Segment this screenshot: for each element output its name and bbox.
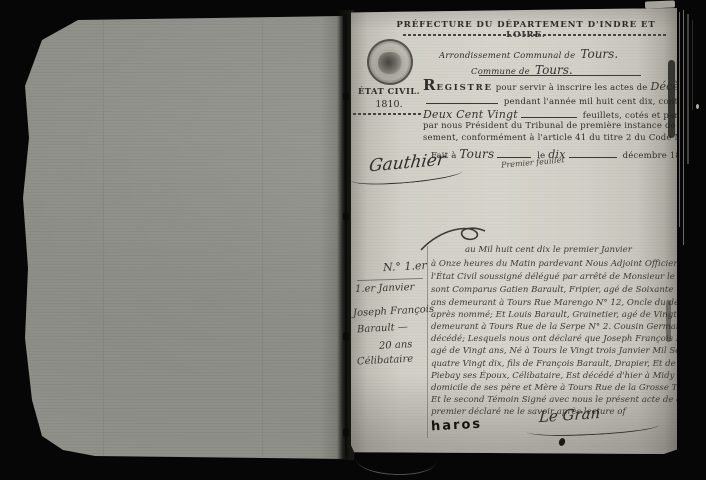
act-body-line: quatre Vingt dix, fils de François Barau…	[431, 359, 706, 369]
page-fold-line	[103, 20, 104, 457]
registre-initial: R	[423, 76, 436, 94]
act-body-line: l'État Civil soussigné délégué par arrêt…	[431, 272, 703, 282]
underlying-page-edge	[645, 0, 675, 8]
act-number: N.° 1.er	[383, 259, 427, 274]
registre-line-1: REGISTRE pour servir à inscrire les acte…	[423, 76, 706, 94]
deceased-status-margin: Célibataire	[357, 354, 414, 368]
page-stack-edge	[687, 14, 689, 164]
act-body-line: Piebay ses Époux, Célibataire, Est décéd…	[431, 371, 699, 381]
fait-place-handwritten: Tours	[459, 147, 494, 161]
edge-highlight-speck	[696, 104, 699, 109]
page-stack-edge	[692, 20, 693, 110]
stitch-knot	[343, 92, 349, 101]
deceased-age-margin: 20 ans	[379, 339, 413, 352]
act-body-line: à Onze heures du Matin pardevant Nous Ad…	[431, 259, 691, 269]
dotted-rule	[353, 113, 421, 115]
official-seal-icon	[367, 39, 413, 85]
edge-smudge	[666, 300, 671, 342]
registre-line-2: pendant l'année mil huit cent dix, conte…	[423, 96, 704, 107]
act-body-line: domicile de ses père et Mère à Tours Rue…	[431, 383, 706, 393]
ruled-dash	[521, 110, 577, 118]
registre-intro: pour servir à inscrire les actes de	[496, 83, 648, 93]
page-fold-line	[262, 20, 263, 457]
act-date-margin: 1.er Janvier	[355, 282, 415, 295]
binding-thread	[345, 14, 347, 456]
act-body-line: Et le second Témoin Signé avec nous le p…	[431, 395, 706, 405]
feuillets-count-handwritten: Deux Cent Vingt	[423, 108, 518, 121]
registre-line-4: par nous Président du Tribunal de premiè…	[423, 121, 706, 131]
act-body-line: ans demeurant à Tours Rue Marengo N° 12,…	[431, 298, 706, 308]
ruled-dash	[688, 82, 706, 90]
arrondissement-value-handwritten: Tours.	[580, 47, 618, 61]
registre-line-5: sement, conformément à l'article 41 du t…	[423, 133, 706, 143]
date-rest: décembre 1809.	[623, 151, 696, 161]
etat-civil-label: ÉTAT CIVIL.	[351, 86, 427, 96]
deceased-name-line1: Joseph François	[353, 304, 435, 319]
ruled-dash	[569, 150, 617, 158]
act-body-line: agé de Vingt ans, Né à Tours le Vingt tr…	[431, 346, 706, 356]
prefecture-title: PRÉFECTURE DU DÉPARTEMENT D'INDRE ET LOI…	[381, 20, 671, 40]
stitch-knot	[343, 332, 349, 341]
stitch-knot	[343, 212, 349, 221]
act-body-line: décédé; Lesquels nous ont déclaré que Jo…	[431, 334, 706, 344]
edge-smudge	[668, 60, 675, 138]
ink-blot	[558, 437, 566, 447]
page-stack-edge	[679, 12, 680, 227]
margin-underline	[357, 278, 423, 281]
deceased-name-line2: Barault —	[357, 322, 408, 336]
act-body-line: après nommé; Et Louis Barault, Grainetie…	[431, 310, 706, 320]
page-stack-edge	[683, 10, 684, 245]
registre-line-3: Deux Cent Vingt feuillets, cotés et para…	[423, 108, 705, 121]
act-body-line: demeurant à Tours Rue de la Serpe N° 2. …	[431, 322, 706, 332]
witness-signature: haros	[431, 417, 483, 435]
act-body-line: sont Comparus Gatien Barault, Fripier, a…	[431, 285, 705, 295]
year-label: 1810.	[351, 99, 427, 110]
dotted-rule	[403, 34, 667, 36]
register-title-page: PRÉFECTURE DU DÉPARTEMENT D'INDRE ET LOI…	[351, 8, 677, 454]
stitch-knot	[343, 428, 349, 437]
margin-rule	[427, 246, 428, 438]
ruled-dash	[497, 150, 531, 158]
act-body-line: au Mil huit cent dix le premier Janvier	[465, 245, 632, 255]
registre-word: EGISTRE	[436, 83, 492, 93]
archival-book-scan: PRÉFECTURE DU DÉPARTEMENT D'INDRE ET LOI…	[0, 0, 706, 480]
ruled-dash	[426, 96, 498, 104]
